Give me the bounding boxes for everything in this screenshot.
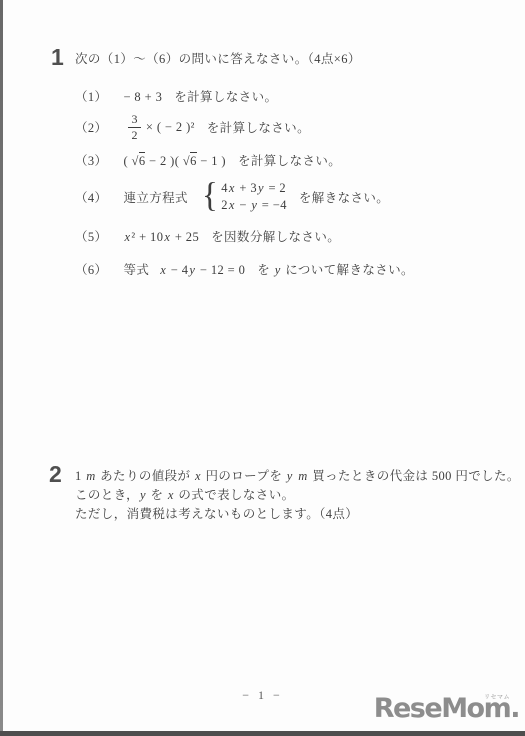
scan-edge-left bbox=[0, 0, 3, 736]
item-lead-text: 等式 bbox=[123, 260, 149, 278]
fraction-numerator: 3 bbox=[128, 113, 140, 128]
problem-1-item-1: （1） − 8 + 3 を計算しなさい。 bbox=[75, 87, 505, 105]
problem-1-item-6: （6） 等式 x − 4y − 12 = 0 を y について解きなさい。 bbox=[75, 260, 505, 278]
problem-2-number: 2 bbox=[49, 461, 62, 488]
item-label: （5） bbox=[75, 227, 107, 245]
equation-system: 4x + 3y = 2 2x − y = −4 bbox=[221, 181, 287, 213]
item-instruction: を y について解きなさい。 bbox=[257, 260, 414, 278]
exam-page: { "colors": { "text": "#3d3d3d", "logo_g… bbox=[0, 0, 525, 736]
fraction-denominator: 2 bbox=[131, 128, 137, 142]
problem-1-heading: 次の（1）～（6）の問いに答えなさい。（4点×6） bbox=[75, 49, 361, 67]
fraction: 3 2 bbox=[128, 113, 140, 141]
problem-2-line-2: このとき，y を x の式で表しなさい。 bbox=[75, 485, 295, 503]
item-label: （4） bbox=[75, 188, 107, 206]
equation-1: 4x + 3y = 2 bbox=[221, 181, 287, 196]
problem-2-line-3: ただし，消費税は考えないものとします。（4点） bbox=[75, 504, 358, 522]
item-instruction: を計算しなさい。 bbox=[207, 118, 310, 136]
item-label: （2） bbox=[75, 118, 107, 136]
resemom-logo-kana: リセマム bbox=[484, 692, 510, 701]
item-expression: x² + 10x + 25 bbox=[123, 230, 199, 245]
resemom-logo: リセマム ReseMom. bbox=[374, 693, 519, 724]
problem-2-line-1: 1 m あたりの値段が x 円のロープを y m 買ったときの代金は 500 円… bbox=[75, 466, 520, 484]
problem-1-heading-row: 次の（1）～（6）の問いに答えなさい。（4点×6） bbox=[75, 49, 505, 67]
item-expression: − 8 + 3 bbox=[123, 90, 162, 105]
problem-1-item-5: （5） x² + 10x + 25 を因数分解しなさい。 bbox=[75, 227, 505, 245]
item-instruction: を計算しなさい。 bbox=[174, 87, 277, 105]
item-expression: ( √6 − 2 )( √6 − 1 ) bbox=[123, 154, 226, 169]
equation-2: 2x − y = −4 bbox=[221, 198, 287, 213]
item-label: （1） bbox=[75, 87, 107, 105]
problem-1-item-2: （2） 3 2 × ( − 2 )² を計算しなさい。 bbox=[75, 113, 505, 141]
system-brace: { bbox=[202, 179, 218, 214]
item-label: （6） bbox=[75, 260, 107, 278]
item-expression: x − 4y − 12 = 0 bbox=[159, 263, 245, 278]
item-instruction: を因数分解しなさい。 bbox=[211, 227, 340, 245]
item-instruction: を計算しなさい。 bbox=[238, 151, 341, 169]
problem-1-item-4: （4） 連立方程式 { 4x + 3y = 2 2x − y = −4 を解きな… bbox=[75, 180, 505, 213]
item-label: （3） bbox=[75, 151, 107, 169]
item-expression: × ( − 2 )² bbox=[146, 120, 195, 135]
problem-1-item-3: （3） ( √6 − 2 )( √6 − 1 ) を計算しなさい。 bbox=[75, 151, 505, 169]
problem-1-number: 1 bbox=[51, 44, 64, 71]
item-instruction: を解きなさい。 bbox=[299, 188, 389, 206]
item-lead-text: 連立方程式 bbox=[123, 188, 188, 206]
scan-edge-bottom bbox=[0, 731, 525, 736]
